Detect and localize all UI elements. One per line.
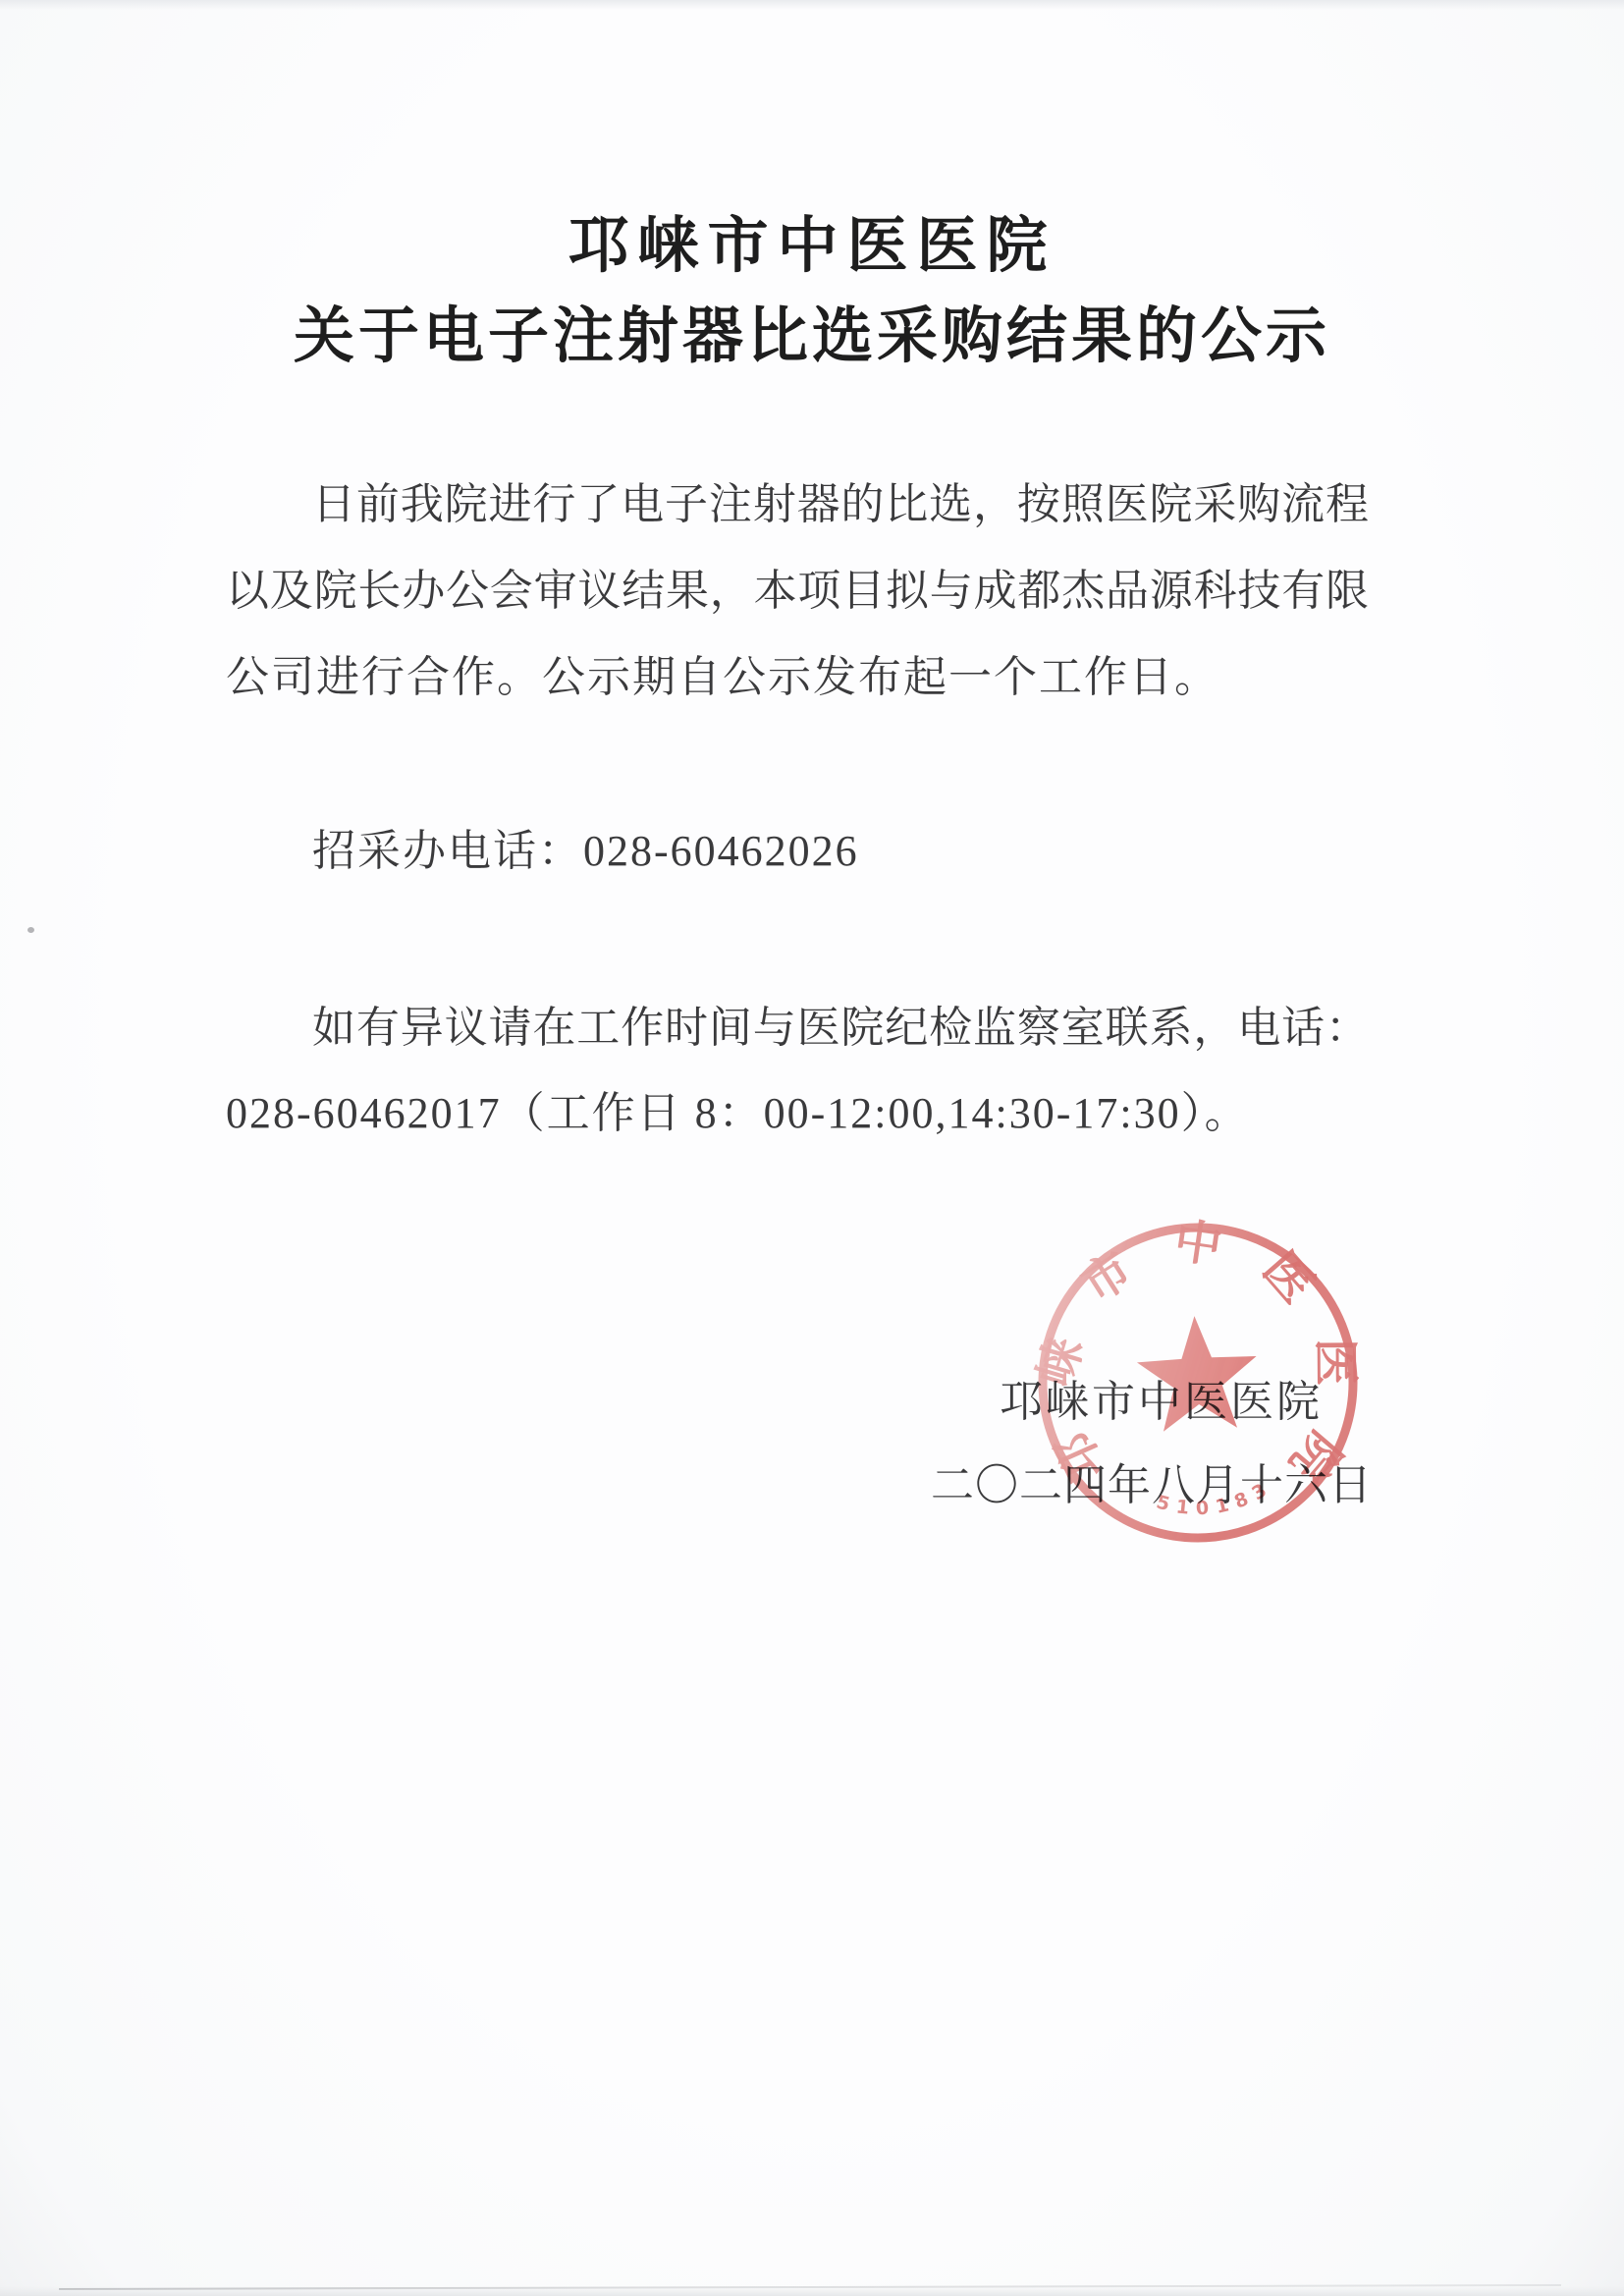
scan-speck [27,927,34,933]
document-title-line1: 邛崃市中医医院 [0,212,1624,281]
signature-org-name: 邛崃市中医医院 [1000,1377,1323,1428]
paragraph1-line3: 公司进行合作。公示期自公示发布起一个工作日。 [226,634,1369,721]
paragraph2-line1: 招采办电话：028-60462026 [226,808,1369,895]
document-title-line2: 关于电子注射器比选采购结果的公示 [0,302,1624,371]
signature-date: 二〇二四年八月十六日 [931,1460,1373,1511]
paragraph3-line1: 如有异议请在工作时间与医院纪检监察室联系，电话： [226,985,1369,1071]
scanned-document-page: 邛崃市中医医院 关于电子注射器比选采购结果的公示 日前我院进行了电子注射器的比选… [0,0,1624,2296]
paragraph1-line2: 以及院长办公会审议结果，本项目拟与成都杰品源科技有限 [226,548,1369,634]
scan-edge-line [59,2284,1561,2290]
paragraph1-line1: 日前我院进行了电子注射器的比选，按照医院采购流程 [226,462,1369,548]
paragraph3-line2: 028-60462017（工作日 8：00-12:00,14:30-17:30）… [226,1070,1369,1157]
